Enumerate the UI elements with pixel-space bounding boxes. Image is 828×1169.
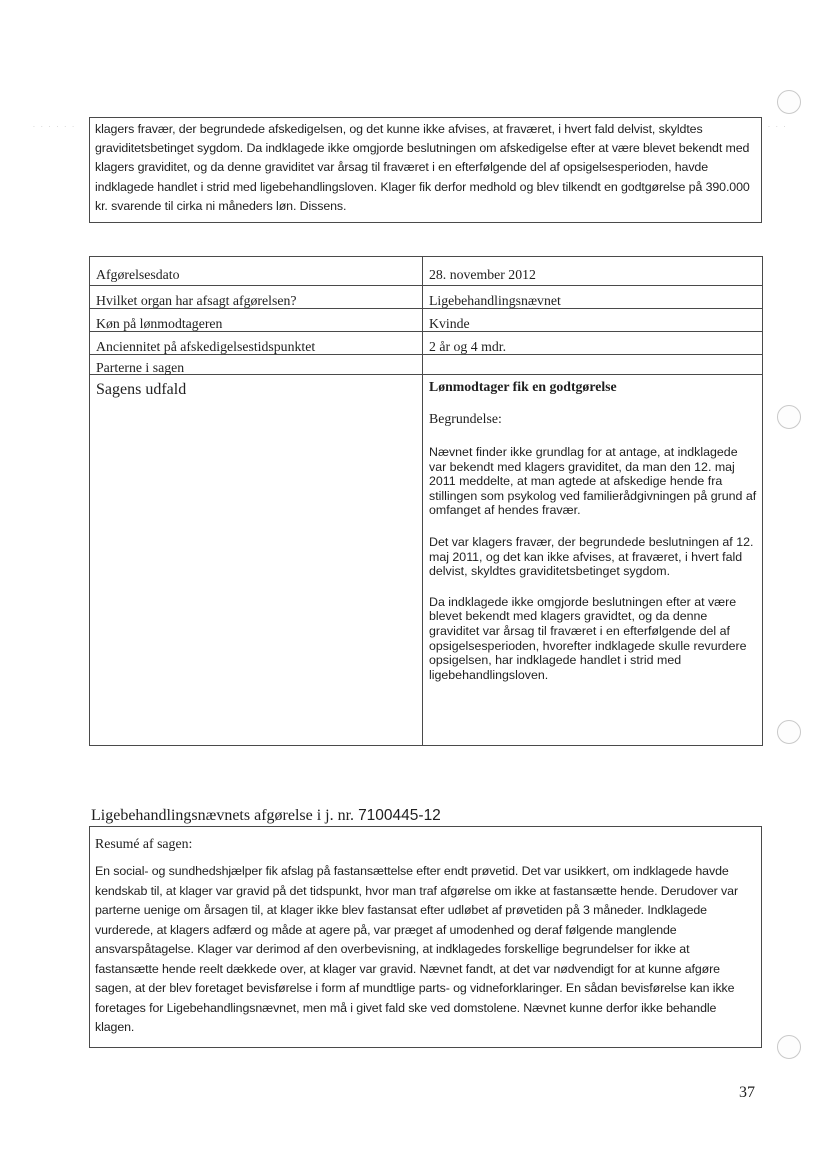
- table-row: Parterne i sagen: [90, 355, 763, 375]
- outcome-label: Sagens udfald: [90, 375, 423, 746]
- row-label: Anciennitet på afskedigelsestidspunktet: [90, 332, 423, 355]
- case-summary-box: Resumé af sagen: En social- og sundhedsh…: [89, 826, 762, 1048]
- page-number: 37: [739, 1084, 755, 1102]
- row-value: Kvinde: [423, 309, 763, 332]
- row-value: [423, 355, 763, 375]
- section-heading-prefix: Ligebehandlingsnævnets afgørelse i j. nr…: [91, 807, 354, 824]
- row-value: Ligebehandlingsnævnet: [423, 286, 763, 309]
- row-label: Parterne i sagen: [90, 355, 423, 375]
- resume-text: En social- og sundhedshjælper fik afslag…: [95, 862, 756, 1038]
- reasoning-heading: Begrundelse:: [429, 411, 758, 427]
- case-summary-continuation: klagers fravær, der begrundede afskedige…: [89, 117, 762, 223]
- reasoning-paragraph: Det var klagers fravær, der begrundede b…: [429, 535, 758, 579]
- outcome-cell: Lønmodtager fik en godtgørelse Begrundel…: [423, 375, 763, 746]
- outcome-title: Lønmodtager fik en godtgørelse: [429, 379, 758, 395]
- punch-hole-3: [777, 720, 801, 744]
- scan-specks-left: · · · · · ·: [33, 124, 76, 131]
- row-label: Køn på lønmodtageren: [90, 309, 423, 332]
- reasoning-paragraph: Nævnet finder ikke grundlag for at antag…: [429, 445, 758, 518]
- table-row-outcome: Sagens udfald Lønmodtager fik en godtgør…: [90, 375, 763, 746]
- table-row: Køn på lønmodtageren Kvinde: [90, 309, 763, 332]
- row-label: Hvilket organ har afsagt afgørelsen?: [90, 286, 423, 309]
- punch-hole-4: [777, 1035, 801, 1059]
- reasoning-paragraph: Da indklagede ikke omgjorde beslutningen…: [429, 595, 758, 683]
- punch-hole-2: [777, 405, 801, 429]
- punch-hole-1: [777, 90, 801, 114]
- row-value: 2 år og 4 mdr.: [423, 332, 763, 355]
- row-label: Afgørelsesdato: [90, 257, 423, 286]
- scan-specks-right: · · ·: [768, 124, 788, 131]
- table-row: Hvilket organ har afsagt afgørelsen? Lig…: [90, 286, 763, 309]
- table-row: Anciennitet på afskedigelsestidspunktet …: [90, 332, 763, 355]
- summary-text: klagers fravær, der begrundede afskedige…: [95, 120, 757, 216]
- section-heading: Ligebehandlingsnævnets afgørelse i j. nr…: [91, 806, 441, 826]
- resume-label: Resumé af sagen:: [95, 836, 756, 852]
- case-number: 7100445-12: [358, 807, 441, 824]
- case-info-table: Afgørelsesdato 28. november 2012 Hvilket…: [89, 256, 763, 746]
- table-row: Afgørelsesdato 28. november 2012: [90, 257, 763, 286]
- row-value: 28. november 2012: [423, 257, 763, 286]
